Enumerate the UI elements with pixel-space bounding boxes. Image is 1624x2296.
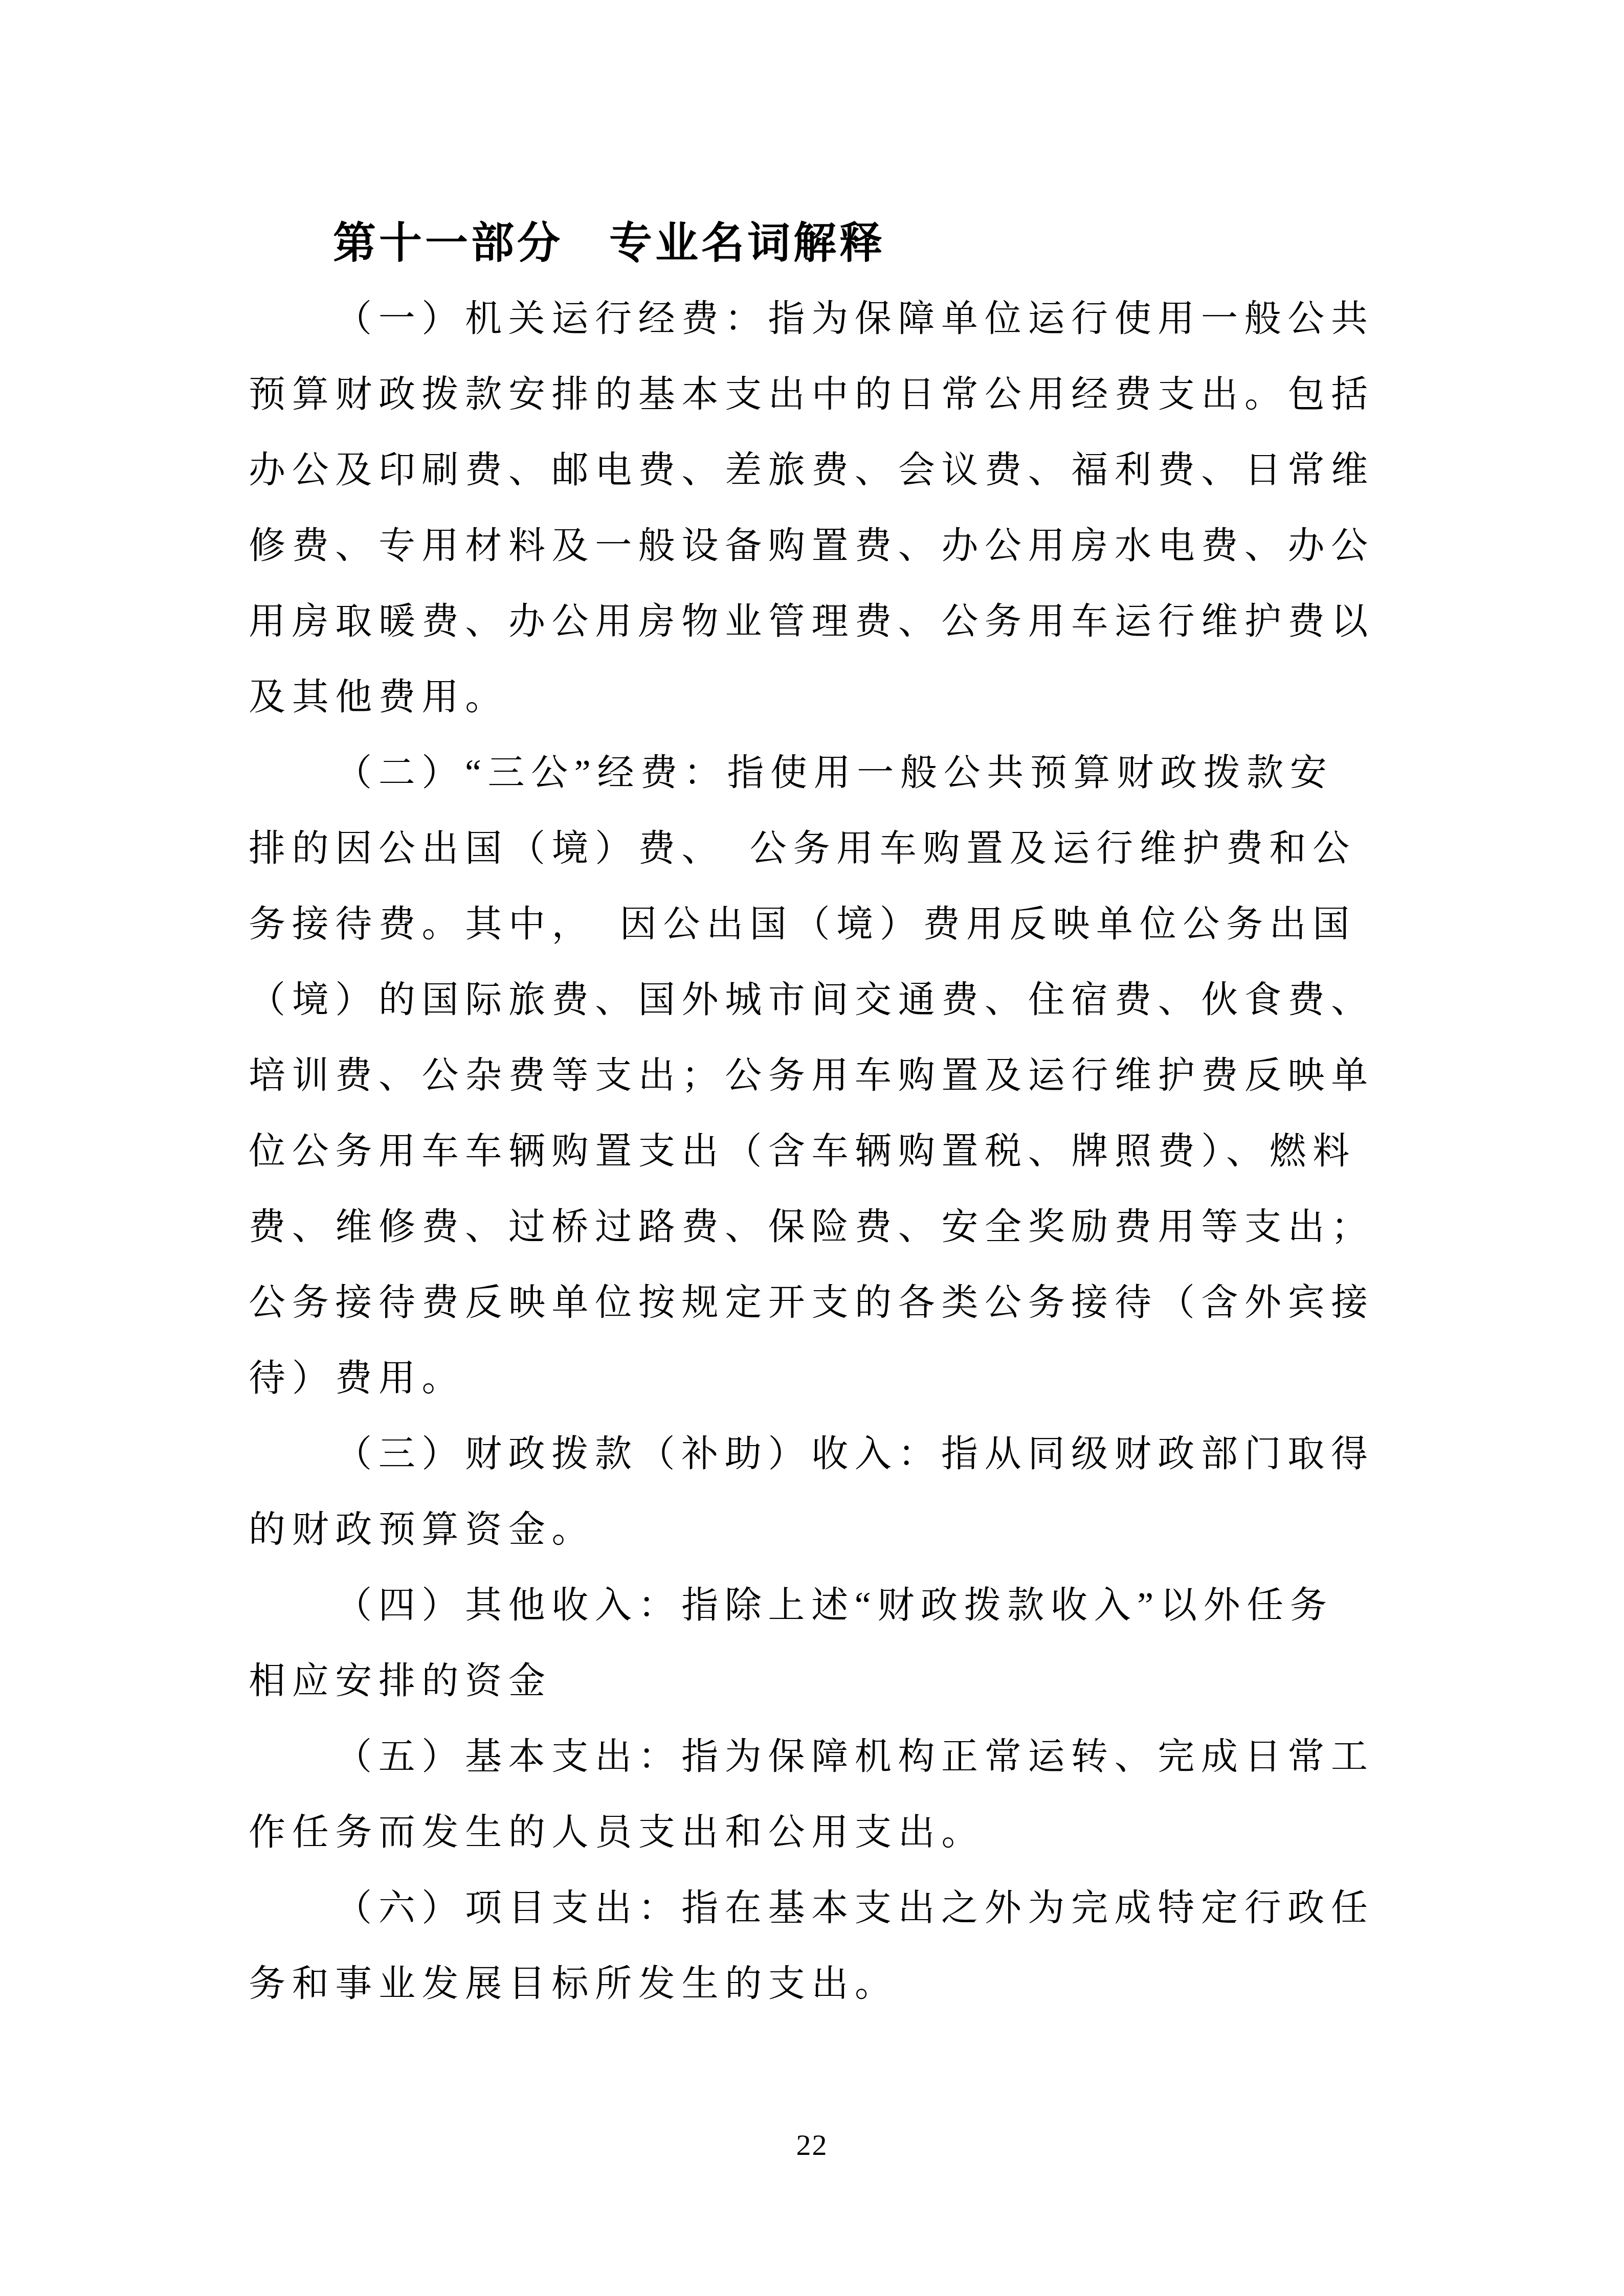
text-line: （六）项目支出：指在基本支出之外为完成特定行政任 <box>249 1870 1374 1946</box>
text-line: 相应安排的资金 <box>249 1643 1374 1719</box>
text-line: （三）财政拨款（补助）收入：指从同级财政部门取得 <box>249 1416 1374 1492</box>
text-line: 费、维修费、过桥过路费、保险费、安全奖励费用等支出； <box>249 1189 1374 1265</box>
text-line: 的财政预算资金。 <box>249 1492 1374 1567</box>
body-text: （一）机关运行经费：指为保障单位运行使用一般公共预算财政拨款安排的基本支出中的日… <box>249 281 1374 2021</box>
text-line: 作任务而发生的人员支出和公用支出。 <box>249 1794 1374 1870</box>
text-line: 务接待费。其中， 因公出国（境）费用反映单位公务出国 <box>249 886 1374 962</box>
text-line: 用房取暖费、办公用房物业管理费、公务用车运行维护费以 <box>249 583 1374 659</box>
text-line: 修费、专用材料及一般设备购置费、办公用房水电费、办公 <box>249 508 1374 583</box>
text-line: 公务接待费反映单位按规定开支的各类公务接待（含外宾接 <box>249 1265 1374 1340</box>
document-page: 第十一部分 专业名词解释 （一）机关运行经费：指为保障单位运行使用一般公共预算财… <box>0 0 1624 2296</box>
text-line: 务和事业发展目标所发生的支出。 <box>249 1946 1374 2021</box>
text-line: 位公务用车车辆购置支出（含车辆购置税、牌照费）、燃料 <box>249 1113 1374 1189</box>
text-line: 排的因公出国（境）费、 公务用车购置及运行维护费和公 <box>249 811 1374 886</box>
text-line: （二）“三公”经费：指使用一般公共预算财政拨款安 <box>249 735 1374 811</box>
text-line: 待）费用。 <box>249 1340 1374 1416</box>
text-line: （一）机关运行经费：指为保障单位运行使用一般公共 <box>249 281 1374 356</box>
text-line: （境）的国际旅费、国外城市间交通费、住宿费、伙食费、 <box>249 962 1374 1038</box>
text-line: 预算财政拨款安排的基本支出中的日常公用经费支出。包括 <box>249 356 1374 432</box>
text-line: 培训费、公杂费等支出；公务用车购置及运行维护费反映单 <box>249 1038 1374 1113</box>
page-number: 22 <box>0 2122 1624 2168</box>
text-line: 办公及印刷费、邮电费、差旅费、会议费、福利费、日常维 <box>249 432 1374 508</box>
text-line: （五）基本支出：指为保障机构正常运转、完成日常工 <box>249 1719 1374 1794</box>
text-line: 及其他费用。 <box>249 659 1374 735</box>
document-content: 第十一部分 专业名词解释 （一）机关运行经费：指为保障单位运行使用一般公共预算财… <box>249 205 1374 2021</box>
text-line: （四）其他收入：指除上述“财政拨款收入”以外任务 <box>249 1567 1374 1643</box>
page-title: 第十一部分 专业名词解释 <box>249 205 1374 281</box>
